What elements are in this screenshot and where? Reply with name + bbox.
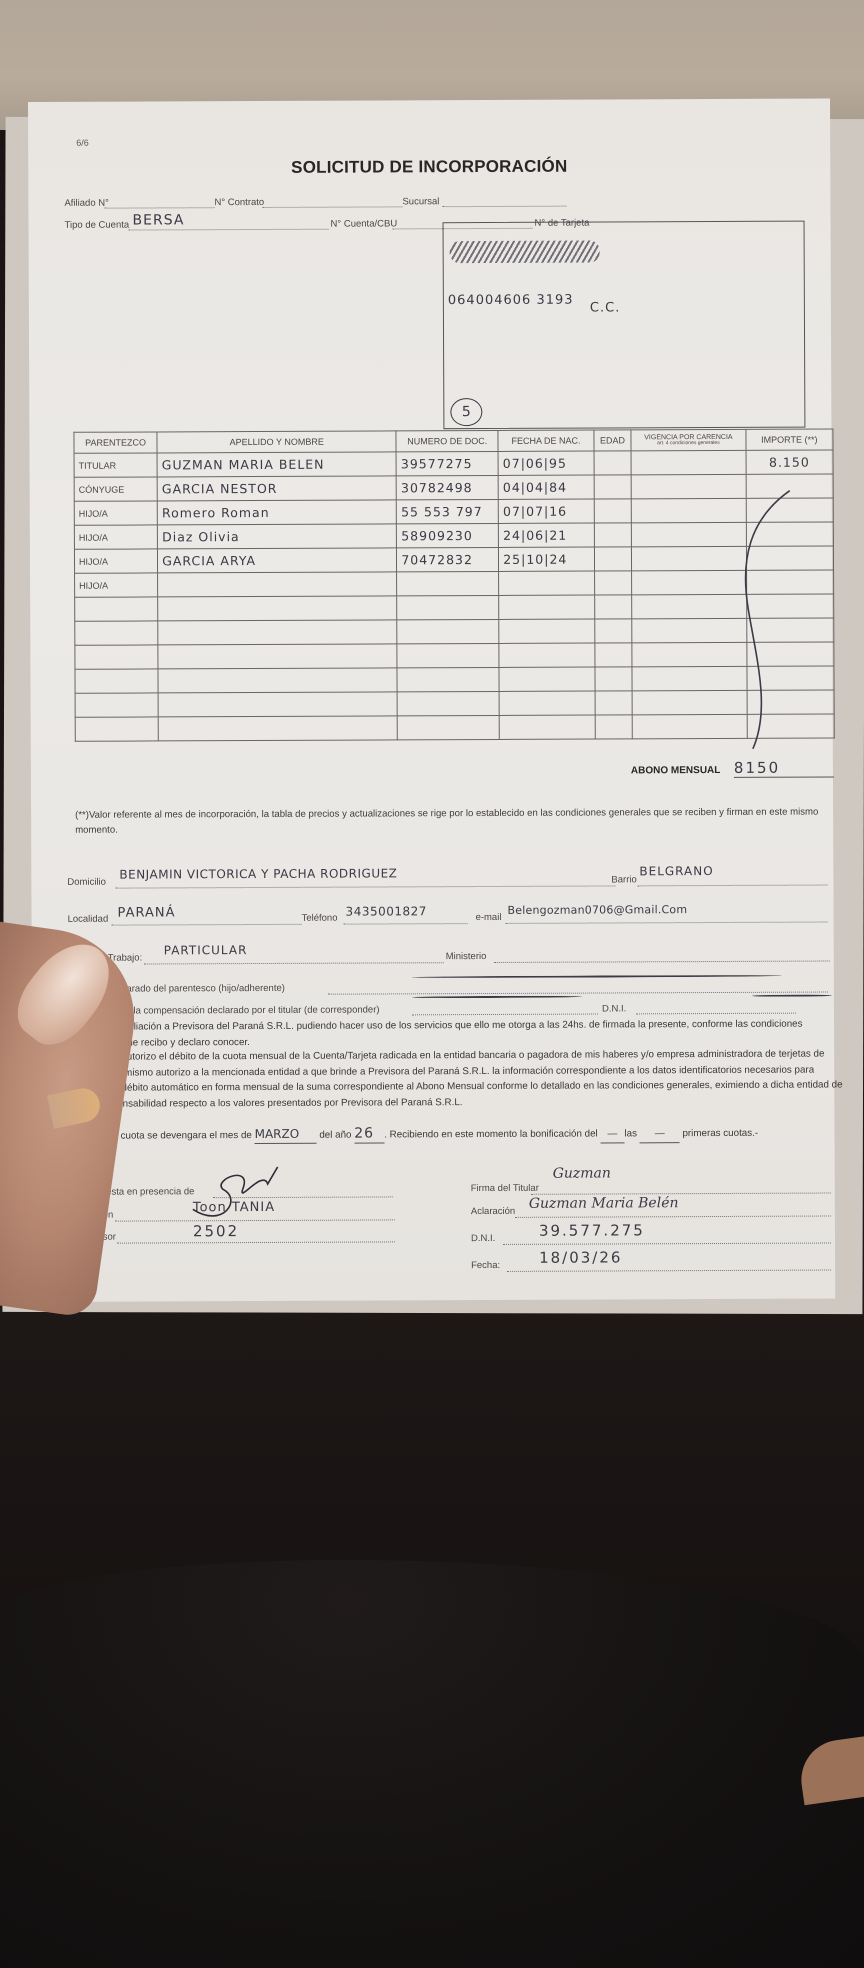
col-vigencia: VIGENCIA POR CARENCIA art. 4 condiciones… [631, 429, 745, 450]
tipo-cuenta-field[interactable] [129, 229, 329, 231]
localidad-label: Localidad [68, 914, 109, 925]
barrio-label: Barrio [611, 874, 636, 885]
strike-mark [412, 996, 582, 999]
cell-nombre[interactable]: Diaz Olivia [158, 524, 397, 549]
cell-edad[interactable] [595, 715, 633, 739]
titular-firma-label: Firma del Titular [471, 1183, 539, 1194]
cell-parentesco[interactable]: HIJO/A [74, 549, 157, 573]
cell-doc[interactable]: 30782498 [396, 475, 498, 499]
members-table: PARENTEZCO APELLIDO Y NOMBRE NUMERO DE D… [73, 428, 834, 741]
cell-nombre[interactable] [158, 596, 397, 621]
account-box: 064004606 3193 C.C. 5 [443, 221, 806, 430]
col-fecha-nac: FECHA DE NAC. [498, 430, 594, 451]
form-sheet: 6/6 SOLICITUD DE INCORPORACIÓN Afiliado … [28, 99, 835, 1302]
cuenta-cbu-label: N° Cuenta/CBU [331, 218, 398, 229]
cell-parentesco[interactable]: CÓNYUGE [74, 477, 157, 501]
cell-doc[interactable]: 39577275 [396, 451, 498, 475]
telefono-value: 3435001827 [346, 904, 427, 918]
fecha-label: Fecha: [471, 1260, 500, 1271]
cell-nombre[interactable] [158, 620, 397, 645]
cell-parentesco[interactable]: HIJO/A [74, 525, 157, 549]
table-row: HIJO/A [75, 570, 834, 597]
cell-fecha-nac[interactable]: 04|04|84 [498, 475, 594, 499]
telefono-field[interactable] [344, 923, 468, 925]
cell-fecha-nac[interactable] [499, 667, 595, 691]
trabajo-field[interactable] [144, 962, 444, 964]
cell-doc[interactable] [397, 667, 499, 691]
strike-mark [752, 995, 832, 997]
contrato-field[interactable] [262, 206, 402, 208]
cell-doc[interactable]: 55 553 797 [397, 499, 499, 523]
strike-mark [412, 975, 782, 979]
cell-doc[interactable] [397, 643, 499, 667]
cell-edad[interactable] [594, 571, 632, 595]
bracket-mark [730, 479, 801, 759]
ministerio-field[interactable] [494, 961, 830, 963]
cell-edad[interactable] [594, 547, 632, 571]
telefono-label: Teléfono [302, 913, 338, 924]
table-row: HIJO/AGARCIA ARYA7047283225|10|24 [74, 546, 833, 573]
cell-nombre[interactable]: Romero Roman [157, 500, 396, 525]
localidad-value: PARANÁ [118, 905, 176, 920]
scribble-mark [450, 241, 600, 264]
email-field[interactable] [506, 922, 828, 924]
cell-parentesco[interactable]: TITULAR [74, 453, 157, 477]
cuotas-field[interactable]: — [640, 1126, 680, 1143]
cell-parentesco[interactable] [75, 669, 158, 693]
contrato-label: N° Contrato [214, 197, 264, 208]
fecha-field[interactable] [507, 1270, 831, 1272]
table-row: HIJO/ARomero Roman55 553 79707|07|16 [74, 498, 833, 525]
tipo-cuenta-label: Tipo de Cuenta [65, 220, 130, 231]
cell-parentesco[interactable] [75, 717, 158, 741]
cell-edad[interactable] [594, 499, 632, 523]
titular-signature-field[interactable] [531, 1193, 831, 1195]
table-row: HIJO/ADiaz Olivia5890923024|06|21 [74, 522, 833, 549]
cell-nombre[interactable] [158, 572, 397, 597]
ministerio-label: Ministerio [446, 951, 487, 962]
las-label: las [624, 1128, 637, 1139]
table-row: CÓNYUGEGARCIA NESTOR3078249804|04|84 [74, 474, 833, 501]
titular-dni-label: D.N.I. [471, 1233, 495, 1244]
nro-asesor-value: 2502 [193, 1222, 239, 1240]
cell-edad[interactable] [594, 595, 632, 619]
cell-parentesco[interactable] [75, 693, 158, 717]
titular-aclaracion-label: Aclaración [471, 1206, 515, 1217]
cell-doc[interactable] [397, 595, 499, 619]
table-row [75, 714, 834, 741]
bonificacion-text: . Recibiendo en este momento la bonifica… [384, 1129, 598, 1141]
cell-fecha-nac[interactable] [499, 619, 595, 643]
bonificacion-field[interactable]: — [600, 1126, 624, 1143]
cell-fecha-nac[interactable] [499, 691, 595, 715]
table-row [75, 690, 834, 717]
email-value: Belengozman0706@Gmail.Com [508, 903, 688, 917]
cell-edad[interactable] [595, 691, 633, 715]
cell-nombre[interactable] [158, 692, 397, 717]
col-doc: NUMERO DE DOC. [396, 430, 498, 451]
cell-nombre[interactable]: GARCIA ARYA [158, 548, 397, 573]
cell-edad[interactable] [594, 475, 632, 499]
debito-paragraph: Asimismo autorizo el débito de la cuota … [76, 1046, 846, 1111]
domicilio-parentesco-field[interactable] [328, 992, 828, 995]
beneficiario-field[interactable] [412, 1014, 598, 1016]
table-row [75, 666, 834, 693]
domicilio-label: Domicilio [67, 877, 106, 888]
circled-number: 5 [450, 398, 482, 426]
beneficiario-dni-label: D.N.I. [602, 1003, 626, 1014]
cell-fecha-nac[interactable] [499, 643, 595, 667]
titular-dni-field[interactable] [503, 1243, 831, 1245]
cell-nombre[interactable]: GUZMAN MARIA BELEN [157, 452, 396, 477]
price-note: (**)Valor referente al mes de incorporac… [75, 804, 835, 837]
page-number: 6/6 [76, 138, 89, 148]
cell-parentesco[interactable]: HIJO/A [75, 573, 158, 597]
fecha-value: 18/03/26 [539, 1248, 622, 1266]
cell-nombre[interactable] [158, 668, 397, 693]
domicilio-field[interactable] [115, 885, 615, 888]
table-row [75, 642, 834, 669]
cell-edad[interactable] [594, 523, 632, 547]
localidad-field[interactable] [112, 924, 302, 926]
cell-fecha-nac[interactable]: 24|06|21 [499, 523, 595, 547]
barrio-value: BELGRANO [639, 864, 713, 878]
account-suffix: C.C. [590, 300, 620, 315]
afiliado-field[interactable] [104, 207, 214, 208]
titular-dni-value: 39.577.275 [539, 1221, 645, 1239]
cell-fecha-nac[interactable]: 07|06|95 [498, 451, 594, 475]
col-parentesco: PARENTEZCO [74, 432, 157, 453]
titular-signature: Guzman [553, 1165, 611, 1181]
cell-fecha-nac[interactable]: 07|07|16 [498, 499, 594, 523]
cell-edad[interactable] [595, 643, 633, 667]
cell-fecha-nac[interactable] [499, 571, 595, 595]
cell-parentesco[interactable] [75, 621, 158, 645]
cell-doc[interactable]: 58909230 [397, 523, 499, 547]
col-importe: IMPORTE (**) [746, 429, 833, 450]
cell-fecha-nac[interactable]: 25|10|24 [499, 547, 595, 571]
account-number: 064004606 3193 [448, 293, 574, 309]
abono-mensual-value[interactable]: 8150 [734, 758, 834, 777]
sucursal-label: Sucursal [402, 196, 439, 207]
table-row: TITULARGUZMAN MARIA BELEN3957727507|06|9… [74, 450, 833, 477]
col-nombre: APELLIDO Y NOMBRE [157, 431, 396, 453]
first-payment-month[interactable]: MARZO [255, 1127, 317, 1144]
cell-parentesco[interactable]: HIJO/A [74, 501, 157, 525]
afiliacion-paragraph: Solicito mi afiliación a Previsora del P… [76, 1016, 846, 1050]
cell-parentesco[interactable] [75, 597, 158, 621]
sucursal-field[interactable] [442, 206, 566, 208]
cell-vigencia[interactable] [631, 450, 745, 474]
form-title: SOLICITUD DE INCORPORACIÓN [28, 156, 830, 179]
advisor-signature [183, 1159, 293, 1229]
cell-nombre[interactable]: GARCIA NESTOR [157, 476, 396, 501]
email-label: e-mail [476, 912, 502, 923]
background-fabric [0, 1560, 864, 1968]
table-row [75, 618, 834, 645]
cell-nombre[interactable] [158, 644, 397, 669]
cell-doc[interactable] [397, 571, 499, 595]
beneficiario-dni-field[interactable] [636, 1013, 796, 1015]
cell-doc[interactable] [397, 715, 499, 739]
trabajo-value: PARTICULAR [164, 943, 248, 957]
cell-doc[interactable] [397, 691, 499, 715]
col-vigencia-subtext: art. 4 condiciones generales [636, 441, 741, 446]
first-payment-year[interactable]: 26 [354, 1126, 384, 1143]
cell-doc[interactable] [397, 619, 499, 643]
cell-fecha-nac[interactable] [499, 595, 595, 619]
nro-asesor-field[interactable] [117, 1241, 395, 1243]
tipo-cuenta-value: BERSA [132, 212, 184, 228]
anio-label: del año [319, 1130, 351, 1141]
cuotas-suffix: primeras cuotas.- [682, 1128, 758, 1139]
cell-nombre[interactable] [158, 716, 397, 741]
cell-importe[interactable]: 8.150 [746, 450, 833, 474]
cell-doc[interactable]: 70472832 [397, 547, 499, 571]
afiliado-label: Afiliado N° [64, 198, 109, 209]
cell-fecha-nac[interactable] [499, 715, 595, 739]
cell-edad[interactable] [595, 667, 633, 691]
domicilio-value: BENJAMIN VICTORICA Y PACHA RODRIGUEZ [119, 866, 397, 881]
cell-parentesco[interactable] [75, 645, 158, 669]
titular-aclaracion-field[interactable] [515, 1216, 831, 1218]
asesor-aclaracion-value: Toon TANIA [193, 1200, 275, 1215]
abono-mensual-label: ABONO MENSUAL [631, 765, 721, 776]
table-row [75, 594, 834, 621]
first-payment-line: La primer cuota se devengara el mes de M… [76, 1124, 846, 1145]
col-edad: EDAD [594, 430, 632, 451]
titular-aclaracion-value: Guzman Maria Belén [529, 1195, 679, 1212]
cell-edad[interactable] [594, 451, 632, 475]
barrio-field[interactable] [637, 885, 827, 887]
cell-edad[interactable] [595, 619, 633, 643]
